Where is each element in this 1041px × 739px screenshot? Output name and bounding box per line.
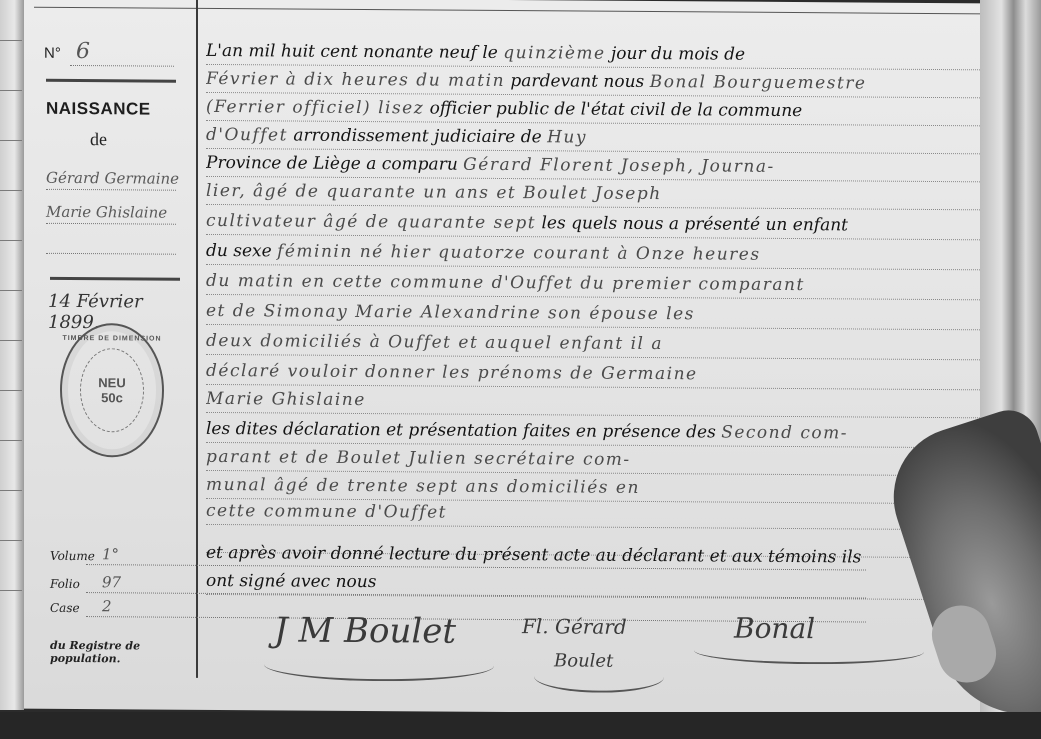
handwritten-text: Bonal Bourguemestre xyxy=(650,72,867,94)
register-page: N° 6 NAISSANCE de Gérard Germaine Marie … xyxy=(24,0,984,715)
record-line: les dites déclaration et présentation fa… xyxy=(206,416,986,448)
record-line: ont signé avec nous xyxy=(206,568,986,600)
tax-stamp: TIMBRE DE DIMENSION NEU 50c xyxy=(60,323,164,458)
handwritten-text: cette commune d'Ouffet xyxy=(206,501,447,523)
record-line: déclaré vouloir donner les prénoms de Ge… xyxy=(206,358,986,390)
printed-text: officier public de l'état civil de la co… xyxy=(424,98,802,121)
printed-text: arrondissement judiciaire de xyxy=(288,125,547,147)
handwritten-text: Gérard Florent Joseph, Journa- xyxy=(463,155,775,177)
printed-text: et après avoir donné lecture du présent … xyxy=(206,543,861,568)
handwritten-text: Marie Ghislaine xyxy=(206,389,366,410)
handwritten-text: deux domiciliés à Ouffet et auquel enfan… xyxy=(206,331,663,354)
signature-gerard: Fl. Gérard xyxy=(522,614,627,639)
record-line: Marie Ghislaine xyxy=(206,386,986,418)
case-label: Case xyxy=(50,601,80,615)
record-heading: NAISSANCE xyxy=(46,99,151,120)
volume-row: Volume 1° xyxy=(50,549,186,568)
margin-column: N° 6 NAISSANCE de Gérard Germaine Marie … xyxy=(24,0,196,698)
child-name-line2: Marie Ghislaine xyxy=(46,203,167,222)
printed-text: les dites déclaration et présentation fa… xyxy=(206,419,721,443)
handwritten-text: munal âgé de trente sept ans domiciliés … xyxy=(206,475,640,498)
handwritten-text: lier, âgé de quarante un ans et Boulet J… xyxy=(206,181,662,204)
signature-boulet-jm: J M Boulet xyxy=(274,610,456,651)
record-heading-de: de xyxy=(90,129,107,150)
divider xyxy=(50,277,180,281)
record-line: Février à dix heures du matin pardevant … xyxy=(206,66,986,98)
record-number: N° 6 xyxy=(44,45,174,70)
handwritten-text: parant et de Boulet Julien secrétaire co… xyxy=(206,447,631,470)
printed-text: Province de Liège a comparu xyxy=(206,153,463,175)
handwritten-text: déclaré vouloir donner les prénoms de Ge… xyxy=(206,361,698,384)
handwritten-text: féminin né hier quatorze courant à Onze … xyxy=(277,241,760,264)
record-line: et après avoir donné lecture du présent … xyxy=(206,540,986,571)
record-number-label: N° xyxy=(44,45,61,62)
record-line: cette commune d'Ouffet xyxy=(206,498,986,530)
printed-text: ont signé avec nous xyxy=(206,571,376,592)
record-line: d'Ouffet arrondissement judiciaire de Hu… xyxy=(206,122,986,154)
handwritten-text: d'Ouffet xyxy=(206,125,288,146)
signatures: J M Boulet Fl. Gérard Boulet Bonal xyxy=(264,598,984,713)
background-table xyxy=(0,712,1041,739)
printed-text: les quels nous a présenté un enfant xyxy=(536,213,848,235)
handwritten-text: (Ferrier officiel) lisez xyxy=(206,97,424,119)
record-line: L'an mil huit cent nonante neuf le quinz… xyxy=(206,38,986,70)
printed-text: jour du mois de xyxy=(606,44,746,65)
record-line: cultivateur âgé de quarante sept les que… xyxy=(206,208,986,240)
folio-label: Folio xyxy=(50,577,80,591)
divider xyxy=(46,79,176,83)
handwritten-text: Second com- xyxy=(721,423,848,444)
child-name-line1: Gérard Germaine xyxy=(46,169,179,188)
printed-text: du sexe xyxy=(206,241,277,261)
stamp-arc-text: TIMBRE DE DIMENSION xyxy=(62,335,161,343)
handwritten-text: du matin en cette commune d'Ouffet du pr… xyxy=(206,271,805,295)
record-line: et de Simonay Marie Alexandrine son épou… xyxy=(206,298,986,330)
registre-label: du Registre de population. xyxy=(50,639,196,666)
record-number-value: 6 xyxy=(76,39,90,64)
record-line: parant et de Boulet Julien secrétaire co… xyxy=(206,444,986,476)
case-row: Case 2 xyxy=(50,601,186,620)
record-line: deux domiciliés à Ouffet et auquel enfan… xyxy=(206,328,986,360)
printed-text: L'an mil huit cent nonante neuf le xyxy=(206,41,503,63)
handwritten-text: Huy xyxy=(547,127,587,147)
handwritten-text: cultivateur âgé de quarante sept xyxy=(206,211,536,233)
record-line: du matin en cette commune d'Ouffet du pr… xyxy=(206,268,986,300)
record-line: lier, âgé de quarante un ans et Boulet J… xyxy=(206,178,986,210)
handwritten-text: et de Simonay Marie Alexandrine son épou… xyxy=(206,301,695,324)
printed-text: pardevant nous xyxy=(505,71,650,92)
handwritten-text: quinzième xyxy=(503,43,605,64)
record-line: Province de Liège a comparu Gérard Flore… xyxy=(206,150,986,182)
record-line: du sexe féminin né hier quatorze courant… xyxy=(206,238,986,270)
previous-page-edge xyxy=(0,0,24,710)
stamp-value-line1: NEU xyxy=(98,375,125,390)
record-line: (Ferrier officiel) lisez officier public… xyxy=(206,94,986,126)
stamp-value-line2: 50c xyxy=(101,390,123,405)
handwritten-text: Février à dix heures du matin xyxy=(206,69,505,91)
